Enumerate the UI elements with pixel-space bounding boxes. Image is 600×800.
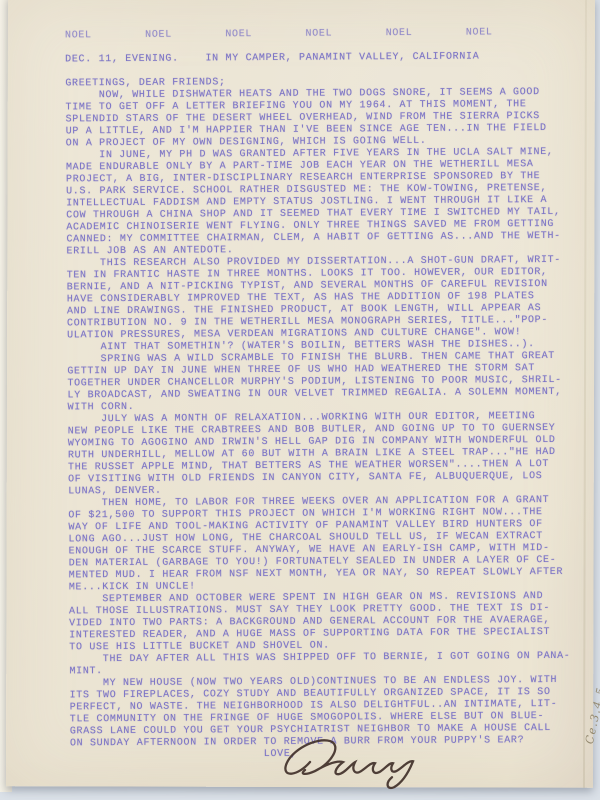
letter-body: NOEL NOEL NOEL NOEL NOEL NOEL DEC. 11, E…	[65, 27, 590, 763]
letter-paper: NOEL NOEL NOEL NOEL NOEL NOEL DEC. 11, E…	[6, 0, 595, 788]
scanned-letter-page: { "colors":{ "ink":"#7c74c6", "paper":"#…	[0, 0, 600, 800]
signature-ink-stroke	[274, 732, 444, 790]
signature	[274, 732, 444, 795]
